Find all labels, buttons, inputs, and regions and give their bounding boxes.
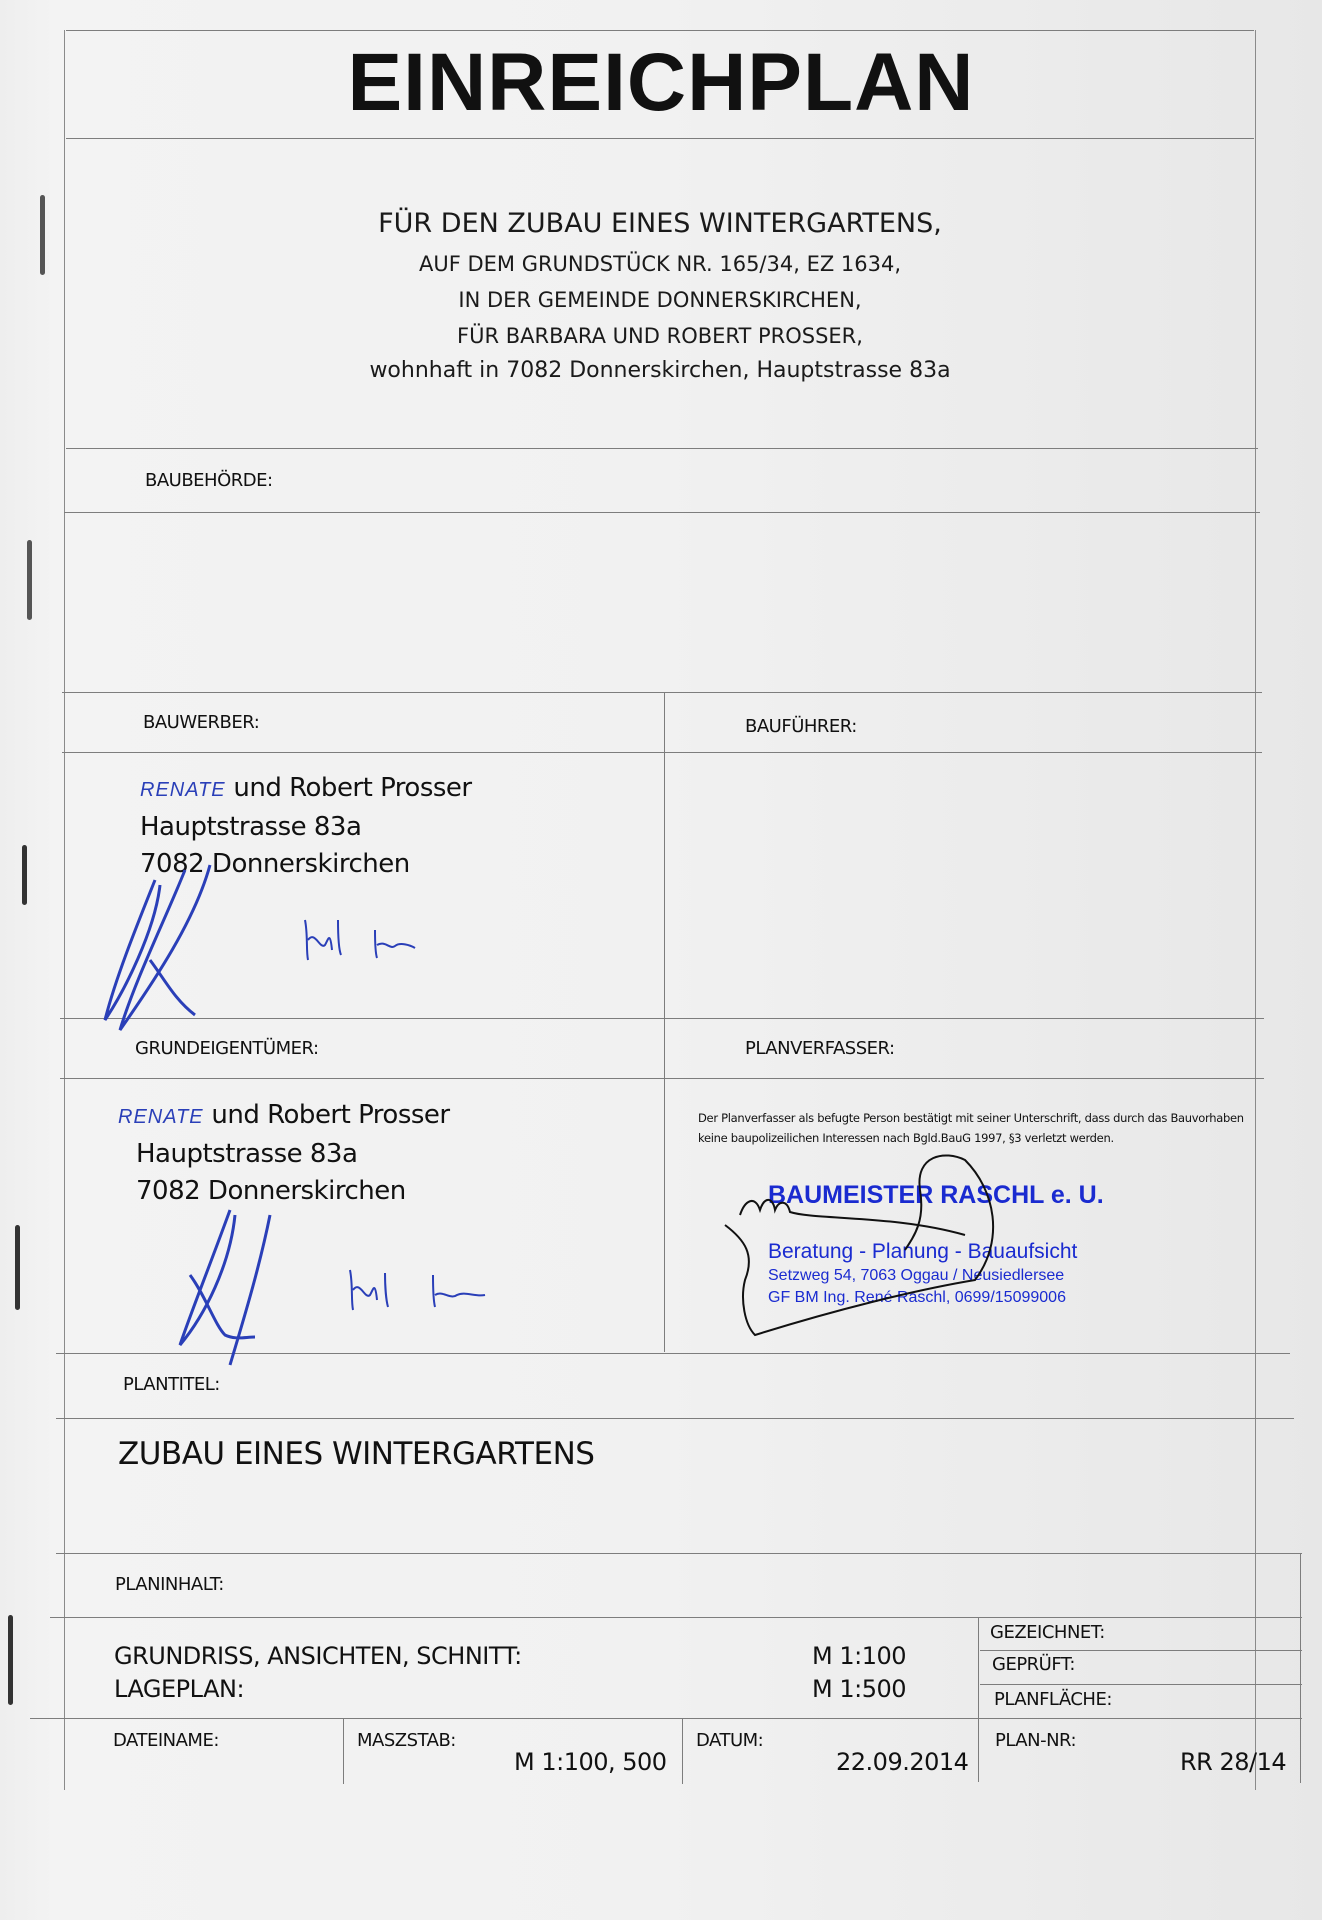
document-title: EINREICHPLAN — [0, 36, 1322, 130]
datum-value: 22.09.2014 — [836, 1748, 968, 1776]
planverfasser-label: PLANVERFASSER: — [745, 1038, 895, 1059]
paper-sheet: EINREICHPLAN FÜR DEN ZUBAU EINES WINTERG… — [0, 0, 1322, 1920]
staple-1 — [40, 195, 45, 275]
divider — [66, 30, 1254, 31]
planinhalt-label: PLANINHALT: — [115, 1574, 224, 1595]
planinhalt-item-1-name: GRUNDRISS, ANSICHTEN, SCHNITT: — [114, 1642, 522, 1670]
divider — [1300, 1553, 1301, 1783]
planflaeche-label: PLANFLÄCHE: — [994, 1689, 1112, 1710]
divider — [682, 1718, 683, 1784]
gezeichnet-label: GEZEICHNET: — [990, 1622, 1105, 1643]
datum-label: DATUM: — [696, 1730, 763, 1751]
divider — [664, 692, 665, 1352]
divider — [50, 1617, 1302, 1618]
plantitel-label: PLANTITEL: — [123, 1374, 220, 1395]
massstab-value: M 1:100, 500 — [514, 1748, 667, 1776]
divider — [56, 1418, 1294, 1419]
subtitle-line-3: IN DER GEMEINDE DONNERSKIRCHEN, — [260, 288, 1060, 312]
plan-nr-label: PLAN-NR: — [995, 1730, 1076, 1751]
divider — [978, 1617, 979, 1782]
divider — [30, 1718, 1302, 1719]
geprueft-label: GEPRÜFT: — [992, 1654, 1075, 1675]
divider — [62, 692, 1262, 693]
subtitle-line-2: AUF DEM GRUNDSTÜCK NR. 165/34, EZ 1634, — [260, 252, 1060, 276]
staple-2 — [27, 540, 32, 620]
baufuehrer-label: BAUFÜHRER: — [745, 716, 857, 737]
grundeigentuemer-address: RENATE und Robert Prosser Hauptstrasse 8… — [118, 1097, 450, 1210]
bauwerber-signature-1 — [95, 860, 265, 1040]
handwritten-correction: RENATE — [118, 1106, 204, 1128]
planinhalt-item-2-scale: M 1:500 — [812, 1675, 906, 1703]
grundeigentuemer-name-rest: und Robert Prosser — [211, 1100, 449, 1130]
divider — [64, 512, 1260, 513]
divider — [66, 448, 1258, 449]
planverfasser-signature — [715, 1140, 1035, 1340]
bauwerber-signature-2 — [300, 910, 440, 970]
grundeigentuemer-name: RENATE und Robert Prosser — [118, 1097, 450, 1136]
dateiname-label: DATEINAME: — [113, 1730, 219, 1751]
bauwerber-name: RENATE und Robert Prosser — [140, 770, 472, 809]
grundeigentuemer-street: Hauptstrasse 83a — [118, 1136, 450, 1173]
divider — [66, 138, 1254, 139]
divider — [343, 1718, 344, 1784]
grundeigentuemer-signature-2 — [345, 1265, 505, 1315]
baubehoerde-label: BAUBEHÖRDE: — [145, 470, 273, 491]
grundeigentuemer-label: GRUNDEIGENTÜMER: — [135, 1038, 319, 1059]
bauwerber-name-rest: und Robert Prosser — [233, 773, 471, 803]
divider — [980, 1684, 1302, 1685]
divider — [56, 1553, 1302, 1554]
handwritten-correction: RENATE — [140, 779, 226, 801]
plantitel-value: ZUBAU EINES WINTERGARTENS — [118, 1436, 594, 1472]
staple-4 — [15, 1225, 20, 1310]
subtitle-line-5: wohnhaft in 7082 Donnerskirchen, Hauptst… — [260, 358, 1060, 383]
staple-3 — [22, 845, 27, 905]
grundeigentuemer-signature-1 — [160, 1205, 300, 1375]
subtitle-line-4: FÜR BARBARA UND ROBERT PROSSER, — [260, 324, 1060, 348]
planinhalt-item-1-scale: M 1:100 — [812, 1642, 906, 1670]
planinhalt-item-2-name: LAGEPLAN: — [114, 1675, 244, 1703]
bauwerber-street: Hauptstrasse 83a — [140, 809, 472, 846]
divider — [62, 752, 1262, 753]
subtitle-line-1: FÜR DEN ZUBAU EINES WINTERGARTENS, — [260, 208, 1060, 239]
divider — [60, 1078, 1264, 1079]
plan-nr-value: RR 28/14 — [1180, 1748, 1286, 1776]
divider — [980, 1650, 1302, 1651]
staple-5 — [8, 1615, 13, 1705]
bauwerber-label: BAUWERBER: — [143, 712, 259, 733]
massstab-label: MASZSTAB: — [357, 1730, 456, 1751]
